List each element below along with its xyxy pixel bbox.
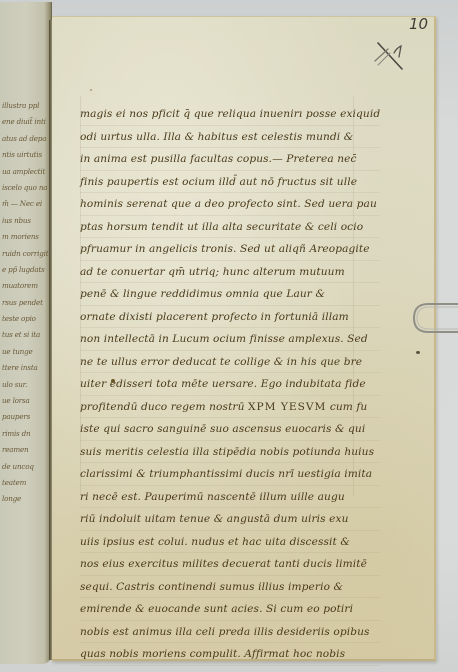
manuscript-line: non intellectā in Lucum ocium finisse am… (80, 328, 380, 351)
verso-text-block: illustra ppl ene diuit̄ inti atus ad dep… (2, 98, 50, 508)
manuscript-line: ne te ullus error deducat te collige & i… (80, 351, 380, 374)
manuscript-line: ad te conuertar qm̄ utriq; hunc alterum … (80, 261, 380, 284)
verso-line: de uncoq (2, 459, 50, 475)
verso-line: teste opio (2, 311, 50, 327)
manuscript-line: uiter edisseri tota mēte uersare. Ego in… (80, 373, 380, 396)
verso-line: muatorem (2, 278, 50, 294)
manuscript-line-with-capitals: profitendū duco regem nostrū XPM YESVM c… (80, 396, 380, 419)
manuscript-line: odi uırtus ulla. Illa & habitus est cele… (80, 126, 380, 149)
manuscript-line: nos eius exercitus milites decuerat tant… (80, 553, 380, 576)
foliation-number: 10 (409, 15, 428, 33)
manuscript-line: ptas horsum tendit ut illa alta securita… (80, 216, 380, 239)
manuscript-line: ri necē est. Pauperimū nascentē illum ui… (80, 486, 380, 509)
verso-line: ue tunge (2, 344, 50, 360)
verso-line: ruidn corrigit (2, 246, 50, 262)
verso-line: rsus pendet (2, 295, 50, 311)
verso-line: ua amplectit (2, 164, 50, 180)
ink-spot (90, 89, 92, 91)
manuscript-line: suis meritis celestia illa stipēdia nobi… (80, 441, 380, 464)
manuscript-line: finis paupertis est ocium illd̄ aut nō f… (80, 171, 380, 194)
verso-page-fragment: illustra ppl ene diuit̄ inti atus ad dep… (0, 2, 52, 664)
manuscript-line: quas nobis moriens compulit. Affirmat ho… (80, 643, 380, 666)
verso-line: e pp̄ lugdats (2, 262, 50, 278)
ink-spot (111, 379, 115, 383)
manuscript-line: iste qui sacro sanguinē suo ascensus euo… (80, 418, 380, 441)
manuscript-text-block: magis ei nos pficit q̄ que reliqua inuen… (80, 103, 380, 666)
manuscript-line: ornate dixisti placerent profecto in for… (80, 306, 380, 329)
manuscript-line: sequi. Castris continendi sumus illius i… (80, 576, 380, 599)
verso-line: longe (2, 491, 50, 507)
manuscript-line: in anima est pusilla facultas copus.— Pr… (80, 148, 380, 171)
verso-line: ue lorsa (2, 393, 50, 409)
manuscript-line: emirende & euocande sunt acies. Si cum e… (80, 598, 380, 621)
manuscript-line: pfruamur in angelicis tronis. Sed ut ali… (80, 238, 380, 261)
verso-line: paupers (2, 409, 50, 425)
verso-line: ntis uirtutis (2, 147, 50, 163)
verso-line: teatem (2, 475, 50, 491)
verso-line: ttere insta (2, 360, 50, 376)
manuscript-line: riū indoluit uitam tenue & angustā dum u… (80, 508, 380, 531)
verso-line: tus et si ita (2, 327, 50, 343)
manuscript-line: uiis ipsius est colui. nudus et hac uita… (80, 531, 380, 554)
verso-line: iscelo quo na (2, 180, 50, 196)
manuscript-line: nobis est animus illa celi preda illis d… (80, 621, 380, 644)
verso-line: m̄ — Nec ei (2, 196, 50, 212)
verso-line: m moriens (2, 229, 50, 245)
capital-nomen-sacrum: XPM YESVM (248, 401, 326, 413)
verso-line: rimis dn (2, 426, 50, 442)
verso-line: ius nbus (2, 213, 50, 229)
manuscript-line: hominis serenat que a deo profecto sint.… (80, 193, 380, 216)
stain-mark (416, 351, 420, 354)
paper-clip-icon (410, 296, 458, 340)
recto-folio: 10 magis ei nos pficit q̄ que reliqua in… (52, 16, 436, 661)
verso-line: ene diuit̄ inti (2, 114, 50, 130)
manuscript-line: penē & lingue reddidimus omnia que Laur … (80, 283, 380, 306)
verso-line: illustra ppl (2, 98, 50, 114)
cancelled-foliation-mark (372, 35, 414, 73)
manuscript-line: clarissimi & triumphantissimi ducis nrī … (80, 463, 380, 486)
verso-line: ulo sur. (2, 377, 50, 393)
line-end: cum fu (330, 401, 368, 413)
verso-line: atus ad depa (2, 131, 50, 147)
manuscript-line: magis ei nos pficit q̄ que reliqua inuen… (80, 103, 380, 126)
line-start: profitendū duco regem nostrū (80, 401, 245, 413)
verso-line: reamen (2, 442, 50, 458)
